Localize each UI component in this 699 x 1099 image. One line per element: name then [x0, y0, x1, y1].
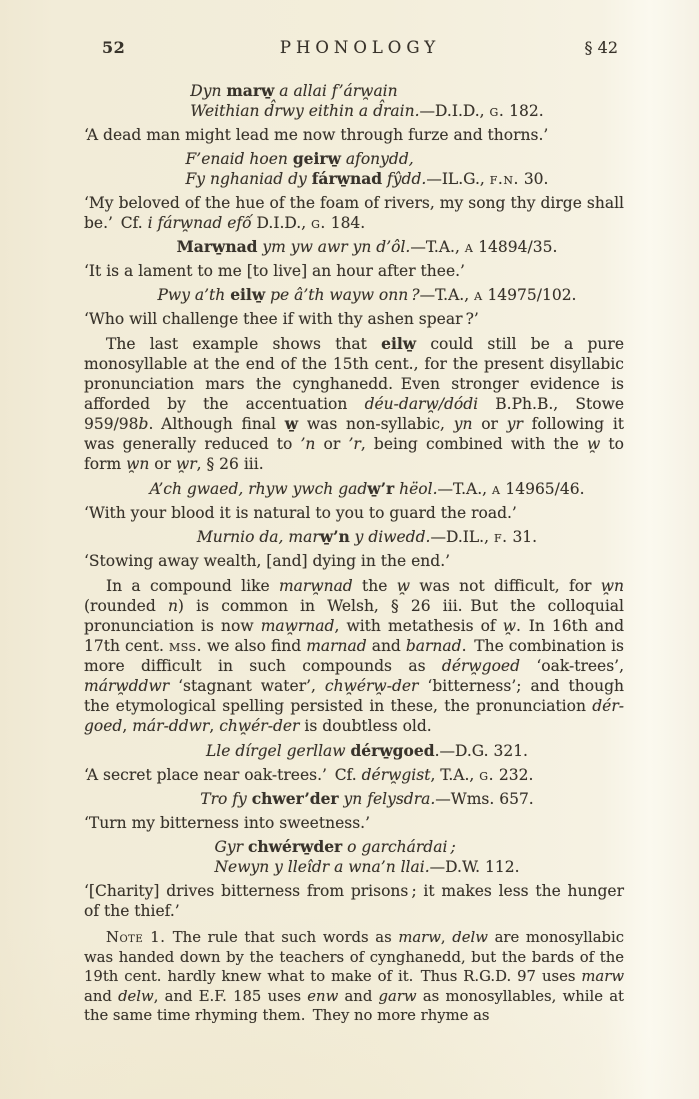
text-segment: Lle dírgel gerllaw [206, 742, 350, 760]
text-segment: 184. [326, 214, 365, 232]
verse-line: Pwy a’th eilw̱ pe â’th wayw onn ?—T.A., … [158, 285, 577, 305]
text-segment: —T.A., [438, 480, 492, 498]
text-segment: 14894/35. [473, 238, 557, 256]
text-segment: enw [307, 988, 338, 1005]
verse-quote: A’ch gwaed, rhyw ywch gadw̱’r hëol.—T.A.… [84, 479, 624, 499]
verse-quote: Dyn marw̱ a allai f’árw̯ainWeithian d̂rw… [84, 81, 624, 121]
verse-quote: Marw̱nad ym yw awr yn d’ôl.—T.A., a 1489… [84, 237, 624, 257]
text-segment: or [149, 455, 176, 473]
text-segment: and [84, 988, 118, 1005]
scanned-book-page: 52 PHONOLOGY § 42 Dyn marw̱ a allai f’ár… [0, 0, 699, 1099]
text-segment: ‘[Charity] drives bitterness from prison… [84, 882, 624, 920]
verse-line: Dyn marw̱ a allai f’árw̯ain [190, 81, 543, 101]
text-segment: geirw̱ [293, 149, 341, 168]
text-segment: dérw̱goed [350, 741, 434, 760]
text-segment: In a compound like [106, 577, 279, 595]
paragraph: In a compound like marw̯nad the w̯ was n… [84, 576, 624, 736]
verse-line: Fy nghaniad dy fárw̱nad fŷdd.—IL.G., f.n… [186, 169, 549, 189]
text-segment: D.I.D., [252, 214, 311, 232]
text-segment: eilw̱ [381, 334, 416, 353]
text-segment: yr [507, 415, 523, 433]
text-segment: ’r [348, 435, 360, 453]
text-segment: The last example shows that [106, 335, 381, 353]
text-segment: , T.A., [430, 766, 479, 784]
text-segment: n [168, 597, 178, 615]
text-segment: g. [490, 102, 505, 120]
text-segment: Gyr [214, 838, 247, 856]
verse-line: Tro fy chwer’der yn felysdra.—Wms. 657. [200, 789, 533, 809]
text-segment: w̯n [126, 455, 149, 473]
translation: ‘A dead man might lead me now through fu… [84, 125, 624, 145]
text-segment: The rule that such words as [165, 929, 398, 946]
text-segment: , § 26 iii. [197, 455, 264, 473]
text-segment: dérw̯goed [442, 657, 520, 675]
text-column: 52 PHONOLOGY § 42 Dyn marw̱ a allai f’ár… [84, 30, 624, 1026]
text-segment: or [472, 415, 506, 433]
text-segment: hëol. [394, 480, 437, 498]
verse-lines: Pwy a’th eilw̱ pe â’th wayw onn ?—T.A., … [158, 285, 577, 305]
text-segment: yn felysdra. [339, 790, 436, 808]
text-segment: Note 1. [106, 929, 165, 946]
text-segment: eilw̱ [230, 285, 265, 304]
text-segment: fárw̱nad [312, 169, 382, 188]
text-segment: chw̯ér-der [219, 717, 299, 735]
text-segment: Murnio da, mar [197, 528, 320, 546]
text-segment: we also find [202, 637, 306, 655]
text-segment: —D.I.D., [420, 102, 490, 120]
text-segment: and [338, 988, 378, 1005]
section-number: § 42 [440, 38, 618, 58]
verse-lines: Lle dírgel gerllaw dérw̱goed.—D.G. 321. [206, 741, 528, 761]
text-segment: w̯ [503, 617, 516, 635]
text-segment: a [465, 238, 473, 256]
verse-lines: F’enaid hoen geirw̱ afonydd,Fy nghaniad … [186, 149, 549, 189]
text-segment: .—D.G. 321. [435, 742, 528, 760]
text-segment: 14965/46. [500, 480, 584, 498]
verse-line: Marw̱nad ym yw awr yn d’ôl.—T.A., a 1489… [177, 237, 558, 257]
text-segment: márw̯ddwr [84, 677, 169, 695]
text-segment: ‘With your blood it is natural to you to… [84, 504, 517, 522]
verse-lines: A’ch gwaed, rhyw ywch gadw̱’r hëol.—T.A.… [149, 479, 584, 499]
page-header: 52 PHONOLOGY § 42 [84, 30, 624, 58]
translation: ‘Who will challenge thee if with thy ash… [84, 309, 624, 329]
running-title: PHONOLOGY [280, 38, 440, 58]
verse-quote: Tro fy chwer’der yn felysdra.—Wms. 657. [84, 789, 624, 809]
text-segment: barnad [406, 637, 462, 655]
verse-line: Weithian d̂rwy eithin a d̂rain.—D.I.D., … [190, 101, 543, 121]
verse-line: A’ch gwaed, rhyw ywch gadw̱’r hëol.—T.A.… [149, 479, 584, 499]
translation: ‘Stowing away wealth, [and] dying in the… [84, 551, 624, 571]
text-segment: , and E.F. 185 uses [154, 988, 308, 1005]
text-segment: fŷdd. [382, 170, 426, 188]
text-segment: ‘A dead man might lead me now through fu… [84, 126, 548, 144]
note-paragraph: Note 1. The rule that such words as marw… [84, 928, 624, 1026]
translation: ‘[Charity] drives bitterness from prison… [84, 881, 624, 921]
text-segment: marw [398, 929, 441, 946]
text-segment: , being combined with the [361, 435, 587, 453]
text-segment: ‘oak-trees’, [520, 657, 624, 675]
text-segment: i fárw̯nad efố [148, 214, 252, 232]
text-segment: F’enaid hoen [186, 150, 293, 168]
text-segment: már-ddwr [132, 717, 209, 735]
text-segment: a [474, 286, 482, 304]
text-segment: ‘Turn my bitterness into sweetness.’ [84, 814, 370, 832]
text-segment: 232. [494, 766, 533, 784]
text-segment: ‘stagnant water’, [169, 677, 325, 695]
verse-line: Gyr chwérw̱der o garchárdai ; [214, 837, 519, 857]
translation: ‘Turn my bitterness into sweetness.’ [84, 813, 624, 833]
text-segment: or [315, 435, 348, 453]
text-segment: f.n. [490, 170, 519, 188]
text-segment: 182. [504, 102, 543, 120]
text-segment: is doubtless old. [299, 717, 431, 735]
text-segment: ’n [300, 435, 315, 453]
translation: ‘With your blood it is natural to you to… [84, 503, 624, 523]
verse-line: Lle dírgel gerllaw dérw̱goed.—D.G. 321. [206, 741, 528, 761]
verse-lines: Tro fy chwer’der yn felysdra.—Wms. 657. [200, 789, 533, 809]
text-segment: . Although final [148, 415, 284, 433]
text-segment: —D.W. 112. [430, 858, 520, 876]
text-segment: o garchárdai ; [342, 838, 456, 856]
text-segment: ‘Stowing away wealth, [and] dying in the… [84, 552, 450, 570]
verse-lines: Gyr chwérw̱der o garchárdai ;Newyn y lle… [214, 837, 519, 877]
text-segment: f. [494, 528, 508, 546]
text-segment: yn [454, 415, 473, 433]
text-segment: w̯n [601, 577, 624, 595]
text-segment: 31. [508, 528, 538, 546]
text-segment: 14975/102. [483, 286, 577, 304]
text-segment: 30. [519, 170, 549, 188]
text-segment: chwérw̱der [248, 837, 342, 856]
text-segment: dérw̯gist [362, 766, 431, 784]
text-segment: marnad [306, 637, 367, 655]
text-segment: déu-darw̯/dódi [365, 395, 479, 413]
verse-line: F’enaid hoen geirw̱ afonydd, [186, 149, 549, 169]
text-segment: maw̯rnad [261, 617, 335, 635]
page-number: 52 [102, 38, 280, 58]
translation: ‘A secret place near oak-trees.’ Cf. dér… [84, 765, 624, 785]
text-segment: Newyn y lleîdr a wna’n llai. [214, 858, 429, 876]
text-segment: —Wms. 657. [435, 790, 533, 808]
text-segment: mss. [169, 637, 202, 655]
text-segment: , with metathesis of [334, 617, 502, 635]
text-segment: pe â’th wayw onn ? [265, 286, 419, 304]
translation: ‘It is a lament to me [to live] an hour … [84, 261, 624, 281]
text-segment: w̱ [285, 414, 298, 433]
text-segment: a allai f’árw̯ain [274, 82, 397, 100]
text-segment: g. [311, 214, 326, 232]
translation: ‘My beloved of the hue of the foam of ri… [84, 193, 624, 233]
text-segment: b [139, 415, 149, 433]
verse-line: Newyn y lleîdr a wna’n llai.—D.W. 112. [214, 857, 519, 877]
text-segment: Fy nghaniad dy [186, 170, 312, 188]
verse-quote: F’enaid hoen geirw̱ afonydd,Fy nghaniad … [84, 149, 624, 189]
text-segment: marw [581, 968, 624, 985]
page-content: Dyn marw̱ a allai f’árw̯ainWeithian d̂rw… [84, 81, 624, 1026]
text-segment: —T.A., [420, 286, 474, 304]
verse-line: Murnio da, marw̱’n y diwedd.—D.IL., f. 3… [197, 527, 537, 547]
text-segment: ‘A secret place near oak-trees.’ Cf. [84, 766, 362, 784]
text-segment: A’ch gwaed, rhyw ywch gad [149, 480, 367, 498]
text-segment: ym yw awr yn d’ôl. [258, 238, 411, 256]
text-segment: was non-syllabic, [298, 415, 454, 433]
verse-lines: Dyn marw̱ a allai f’árw̯ainWeithian d̂rw… [190, 81, 543, 121]
text-segment: Marw̱nad [177, 237, 258, 256]
verse-lines: Marw̱nad ym yw awr yn d’ôl.—T.A., a 1489… [177, 237, 558, 257]
text-segment: garw [379, 988, 417, 1005]
text-segment: ‘It is a lament to me [to live] an hour … [84, 262, 465, 280]
text-segment: w̱’n [320, 527, 350, 546]
text-segment: marw̯nad [279, 577, 353, 595]
text-segment: , [441, 929, 452, 946]
verse-quote: Murnio da, marw̱’n y diwedd.—D.IL., f. 3… [84, 527, 624, 547]
text-segment: , [122, 717, 132, 735]
verse-quote: Gyr chwérw̱der o garchárdai ;Newyn y lle… [84, 837, 624, 877]
text-segment: Weithian d̂rwy eithin a d̂rain. [190, 102, 419, 120]
text-segment: Pwy a’th [158, 286, 231, 304]
verse-quote: Lle dírgel gerllaw dérw̱goed.—D.G. 321. [84, 741, 624, 761]
text-segment: —T.A., [410, 238, 464, 256]
text-segment: marw̱ [226, 81, 274, 100]
text-segment: chw̯érw̯-der [325, 677, 419, 695]
text-segment: (rounded [84, 597, 168, 615]
text-segment: chwer’der [252, 789, 339, 808]
text-segment: g. [479, 766, 494, 784]
text-segment: , [209, 717, 219, 735]
text-segment: afonydd, [341, 150, 414, 168]
text-segment: was not difficult, for [410, 577, 601, 595]
text-segment: w̯r [176, 455, 197, 473]
text-segment: Tro fy [200, 790, 251, 808]
text-segment: Dyn [190, 82, 226, 100]
text-segment: w̯ [587, 435, 600, 453]
text-segment: —D.IL., [430, 528, 494, 546]
verse-lines: Murnio da, marw̱’n y diwedd.—D.IL., f. 3… [197, 527, 537, 547]
text-segment: —IL.G., [426, 170, 489, 188]
text-segment: delw [118, 988, 154, 1005]
text-segment: y diwedd. [350, 528, 431, 546]
text-segment: delw [452, 929, 488, 946]
text-segment: w̱’r [367, 479, 394, 498]
text-segment: and [367, 637, 406, 655]
text-segment: w̯ [397, 577, 410, 595]
verse-quote: Pwy a’th eilw̱ pe â’th wayw onn ?—T.A., … [84, 285, 624, 305]
text-segment: ‘Who will challenge thee if with thy ash… [84, 310, 479, 328]
paragraph: The last example shows that eilw̱ could … [84, 334, 624, 474]
text-segment: the [353, 577, 397, 595]
